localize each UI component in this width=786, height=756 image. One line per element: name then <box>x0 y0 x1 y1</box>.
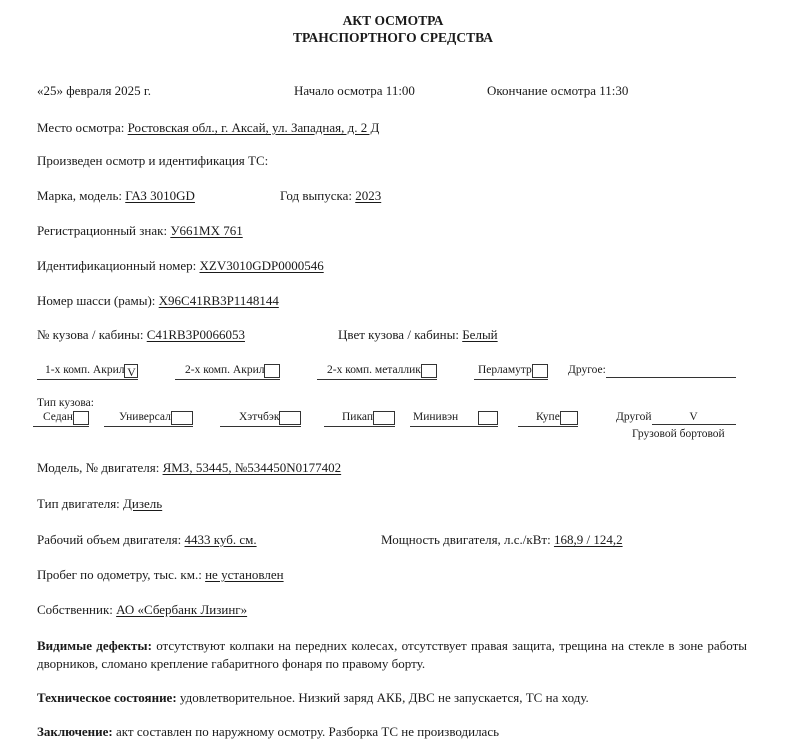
year-field: Год выпуска: 2023 <box>280 188 381 204</box>
inspection-intro: Произведен осмотр и идентификация ТС: <box>37 153 268 169</box>
power-field: Мощность двигателя, л.с./кВт: 168,9 / 12… <box>381 532 623 548</box>
paint-option-label: 1-х комп. Акрил <box>45 364 124 376</box>
body-type-other-field: ДругойV <box>616 410 736 425</box>
power-label: Мощность двигателя, л.с./кВт: <box>381 532 554 547</box>
body-type-option-label: Седан <box>43 411 73 423</box>
body-type-checkbox[interactable] <box>478 411 498 425</box>
chassis-field: Номер шасси (рамы): X96C41RB3P1148144 <box>37 293 279 309</box>
displacement-label: Рабочий объем двигателя: <box>37 532 185 547</box>
body-type-option-label: Купе <box>536 411 560 423</box>
place-value: Ростовская обл., г. Аксай, ул. Западная,… <box>128 120 380 135</box>
conclusion-section: Заключение: акт составлен по наружному о… <box>37 723 747 741</box>
engine-field: Модель, № двигателя: ЯМЗ, 53445, №534450… <box>37 460 341 476</box>
color-value: Белый <box>462 327 497 342</box>
document-title-line1: АКТ ОСМОТРА <box>0 12 786 29</box>
reg-field: Регистрационный знак: У661МХ 761 <box>37 223 243 239</box>
inspection-start-time: Начало осмотра 11:00 <box>294 83 415 99</box>
condition-section: Техническое состояние: удовлетворительно… <box>37 689 747 707</box>
paint-option-checkbox[interactable] <box>532 364 548 378</box>
paint-other-field: Другое: <box>568 363 736 378</box>
body-number-label: № кузова / кабины: <box>37 327 147 342</box>
mileage-value: не установлен <box>205 567 284 582</box>
vin-field: Идентификационный номер: XZV3010GDP00005… <box>37 258 324 274</box>
power-value: 168,9 / 124,2 <box>554 532 623 547</box>
displacement-field: Рабочий объем двигателя: 4433 куб. см. <box>37 532 257 548</box>
body-type-other-input[interactable]: V <box>652 410 736 425</box>
vin-label: Идентификационный номер: <box>37 258 199 273</box>
paint-option-1: 1-х комп. АкрилV <box>37 363 138 380</box>
color-field: Цвет кузова / кабины: Белый <box>338 327 498 343</box>
engine-label: Модель, № двигателя: <box>37 460 163 475</box>
defects-label: Видимые дефекты: <box>37 638 152 653</box>
paint-other-input[interactable] <box>606 363 736 378</box>
displacement-value: 4433 куб. см. <box>185 532 257 547</box>
make-label: Марка, модель: <box>37 188 125 203</box>
body-type-coupe: Купе <box>518 410 578 427</box>
conclusion-label: Заключение: <box>37 724 113 739</box>
body-type-option-label: Пикап <box>342 411 373 423</box>
owner-value: АО «Сбербанк Лизинг» <box>116 602 247 617</box>
body-type-other-label: Другой <box>616 411 652 423</box>
defects-section: Видимые дефекты: отсутствуют колпаки на … <box>37 637 747 673</box>
conclusion-value: акт составлен по наружному осмотру. Разб… <box>113 724 499 739</box>
engine-type-value: Дизель <box>123 496 162 511</box>
body-number-value: C41RB3P0066053 <box>147 327 245 342</box>
mileage-label: Пробег по одометру, тыс. км.: <box>37 567 205 582</box>
chassis-label: Номер шасси (рамы): <box>37 293 159 308</box>
paint-option-label: 2-х комп. Акрил <box>185 364 264 376</box>
paint-option-3: 2-х комп. металлик <box>317 363 437 380</box>
paint-option-checkbox[interactable] <box>264 364 280 378</box>
paint-other-label: Другое: <box>568 364 606 376</box>
body-type-checkbox[interactable] <box>560 411 578 425</box>
engine-type-field: Тип двигателя: Дизель <box>37 496 162 512</box>
inspection-end-time: Окончание осмотра 11:30 <box>487 83 628 99</box>
body-type-hatchback: Хэтчбэк <box>220 410 301 427</box>
body-type-checkbox[interactable] <box>73 411 89 425</box>
body-type-option-label: Хэтчбэк <box>239 411 279 423</box>
paint-option-2: 2-х комп. Акрил <box>175 363 280 380</box>
reg-label: Регистрационный знак: <box>37 223 170 238</box>
paint-option-label: 2-х комп. металлик <box>327 364 421 376</box>
body-type-wagon: Универсал <box>104 410 193 427</box>
paint-option-label: Перламутр <box>478 364 532 376</box>
body-type-other-value: Грузовой бортовой <box>632 427 725 442</box>
paint-option-checkbox[interactable]: V <box>124 364 138 378</box>
paint-option-checkbox[interactable] <box>421 364 437 378</box>
mileage-field: Пробег по одометру, тыс. км.: не установ… <box>37 567 284 583</box>
paint-option-4: Перламутр <box>474 363 548 380</box>
make-value: ГАЗ 3010GD <box>125 188 195 203</box>
body-type-option-label: Минивэн <box>413 411 458 423</box>
body-type-option-label: Универсал <box>119 411 171 423</box>
place-field: Место осмотра: Ростовская обл., г. Аксай… <box>37 120 379 136</box>
body-type-sedan: Седан <box>33 410 89 427</box>
body-type-label: Тип кузова: <box>37 397 94 409</box>
condition-label: Техническое состояние: <box>37 690 177 705</box>
chassis-value: X96C41RB3P1148144 <box>159 293 279 308</box>
engine-value: ЯМЗ, 53445, №534450N0177402 <box>163 460 342 475</box>
owner-field: Собственник: АО «Сбербанк Лизинг» <box>37 602 247 618</box>
place-label: Место осмотра: <box>37 120 128 135</box>
vin-value: XZV3010GDP0000546 <box>199 258 323 273</box>
body-type-checkbox[interactable] <box>279 411 301 425</box>
reg-value: У661МХ 761 <box>170 223 242 238</box>
body-type-minivan: Минивэн <box>410 410 498 427</box>
color-label: Цвет кузова / кабины: <box>338 327 462 342</box>
body-type-checkbox[interactable] <box>373 411 395 425</box>
year-value: 2023 <box>355 188 381 203</box>
owner-label: Собственник: <box>37 602 116 617</box>
make-field: Марка, модель: ГАЗ 3010GD <box>37 188 195 204</box>
body-type-pickup: Пикап <box>324 410 395 427</box>
condition-value: удовлетворительное. Низкий заряд АКБ, ДВ… <box>177 690 589 705</box>
body-type-checkbox[interactable] <box>171 411 193 425</box>
engine-type-label: Тип двигателя: <box>37 496 123 511</box>
body-number-field: № кузова / кабины: C41RB3P0066053 <box>37 327 245 343</box>
document-title-line2: ТРАНСПОРТНОГО СРЕДСТВА <box>0 29 786 46</box>
inspection-date: «25» февраля 2025 г. <box>37 83 151 99</box>
year-label: Год выпуска: <box>280 188 355 203</box>
